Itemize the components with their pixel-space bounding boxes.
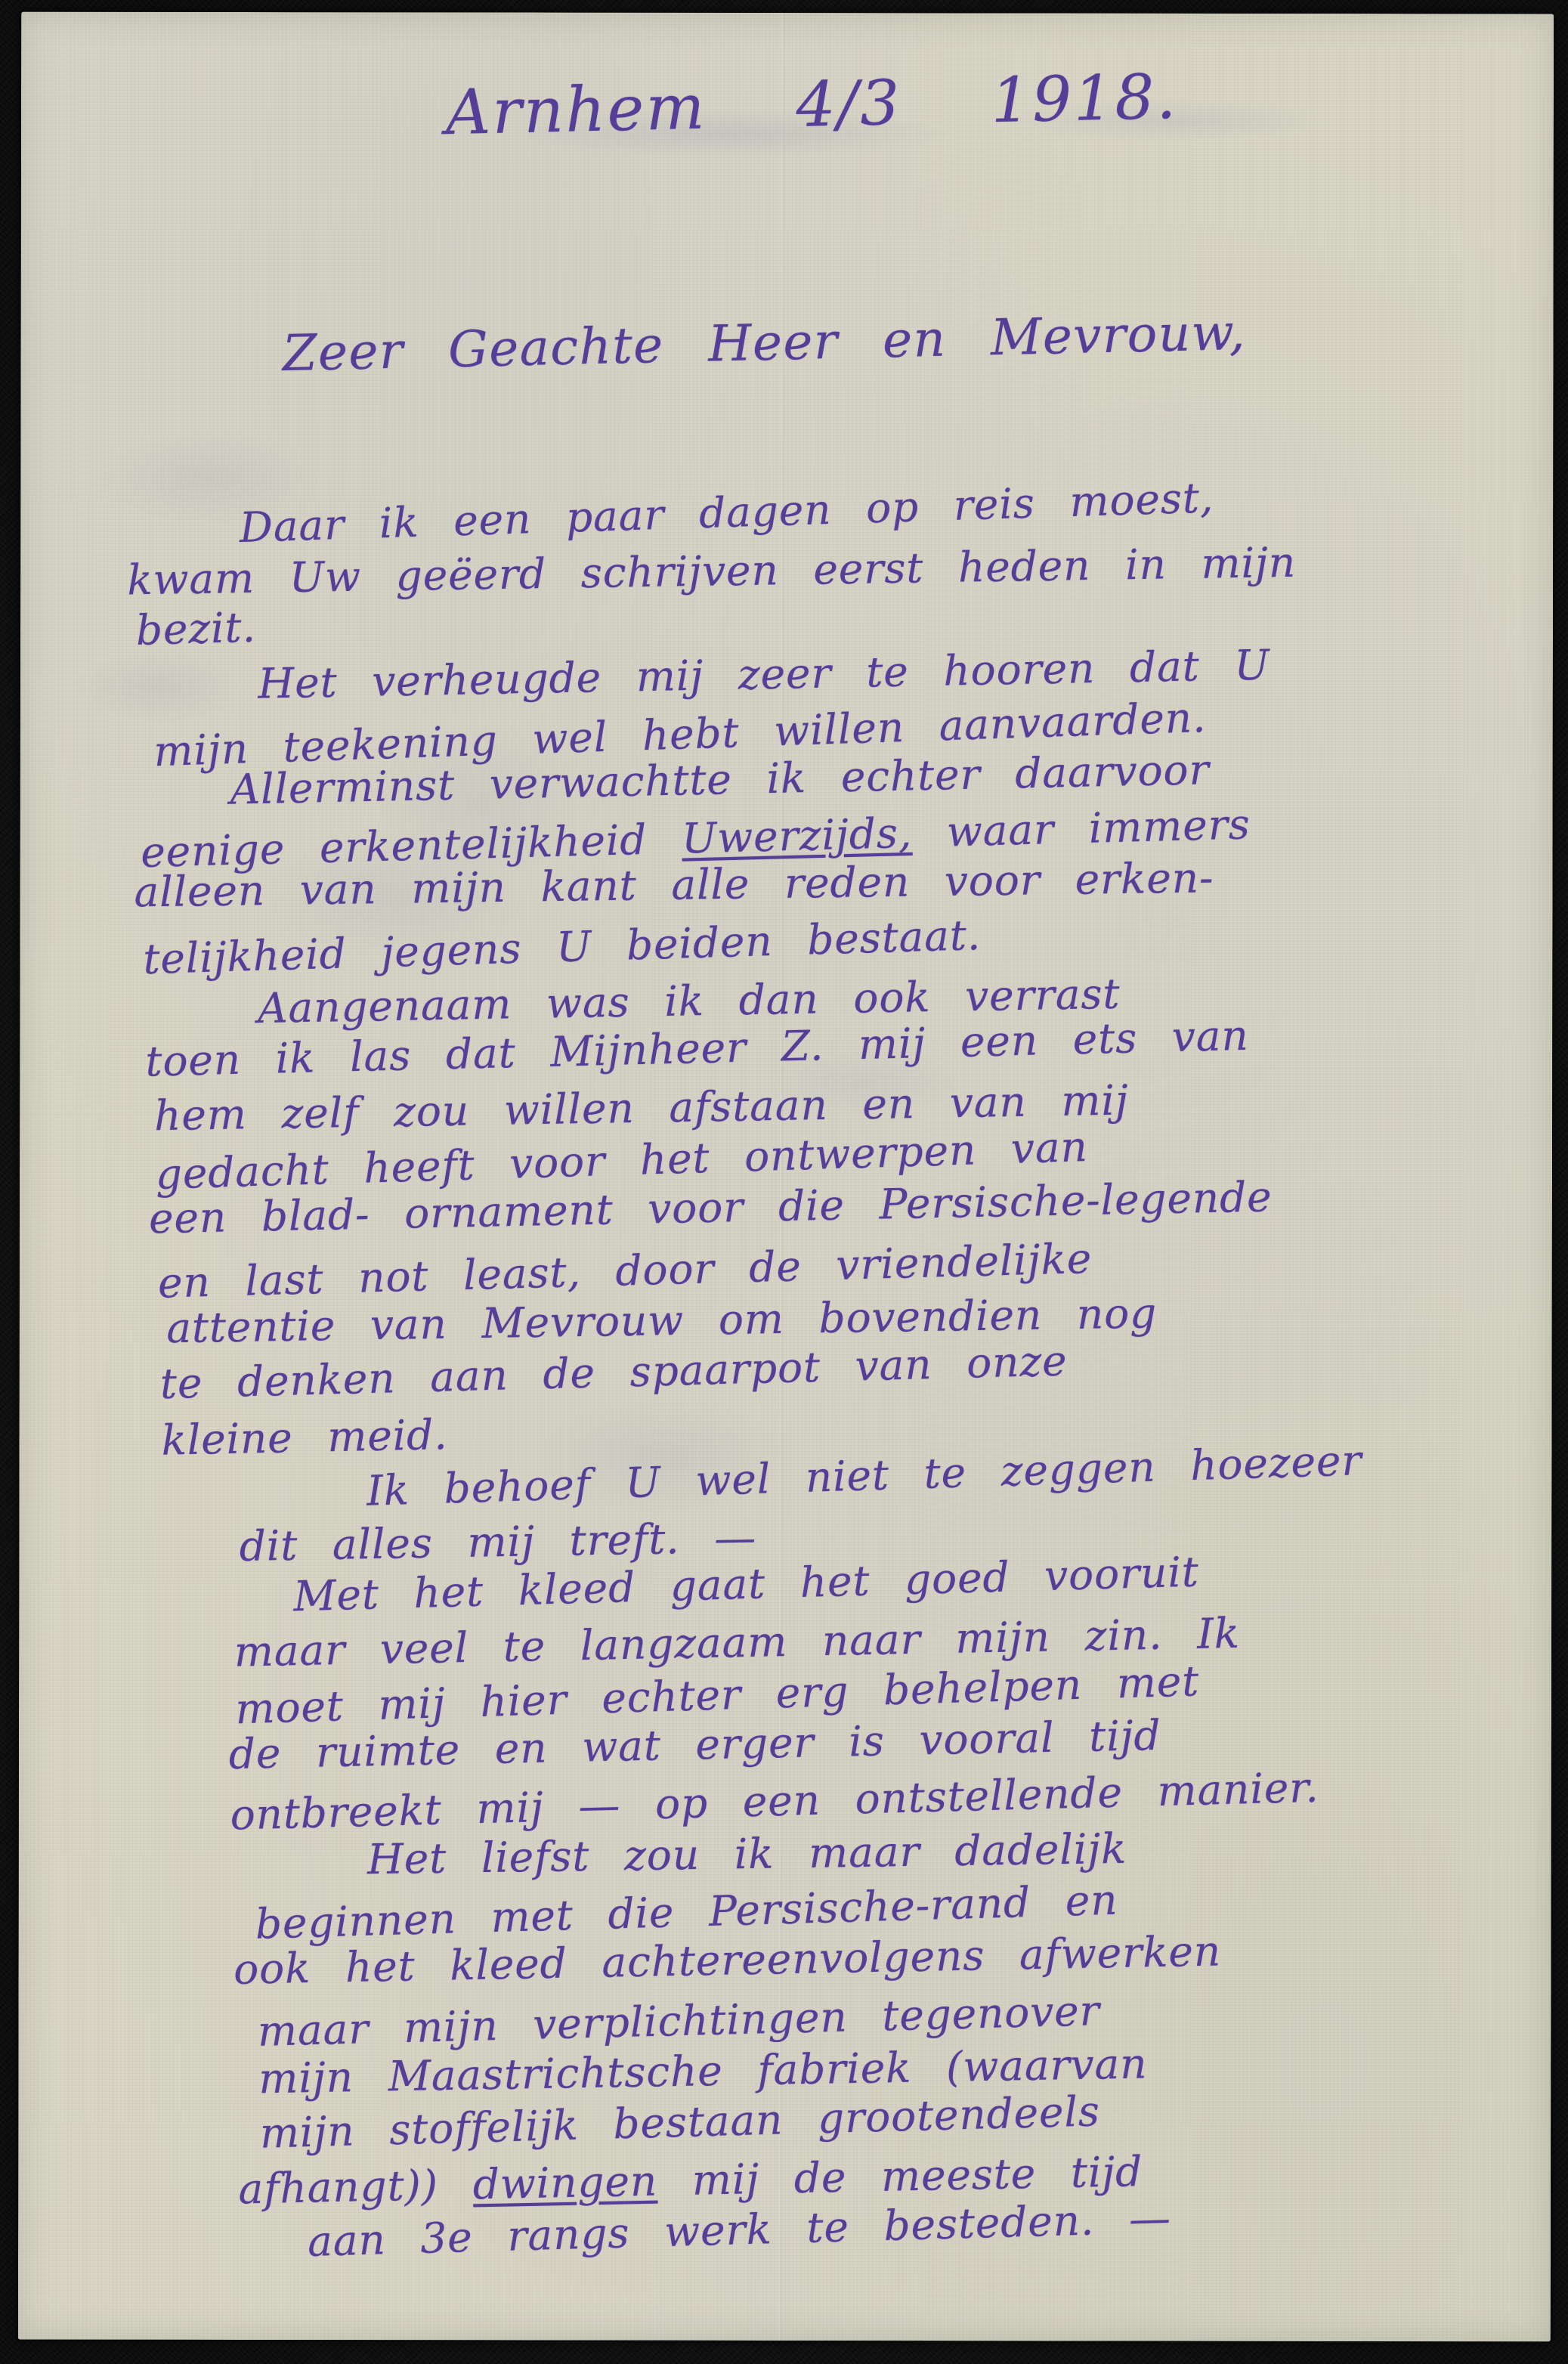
letter-content: Arnhem 4/3 1918. Zeer Geachte Heer en Me… bbox=[9, 0, 1568, 2341]
handwritten-line: kleine meid. bbox=[161, 1410, 448, 1465]
letter-paper: Arnhem 4/3 1918. Zeer Geachte Heer en Me… bbox=[18, 12, 1554, 2342]
handwritten-line: telijkheid jegens U beiden bestaat. bbox=[143, 911, 982, 983]
salutation-line: Zeer Geachte Heer en Mevrouw, bbox=[282, 303, 1247, 382]
underlined-word: Uwerzijds, bbox=[681, 809, 913, 863]
handwritten-line: Ik behoef U wel niet te zeggen hoezeer bbox=[366, 1436, 1362, 1515]
handwritten-line: Daar ik een paar dagen op reis moest, bbox=[239, 473, 1214, 552]
underlined-word: dwingen bbox=[472, 2157, 657, 2209]
handwritten-line: Het liefst zou ik maar dadelijk bbox=[366, 1824, 1127, 1883]
handwritten-date: Arnhem 4/3 1918. bbox=[445, 61, 1179, 149]
handwritten-line: bezit. bbox=[135, 603, 257, 654]
